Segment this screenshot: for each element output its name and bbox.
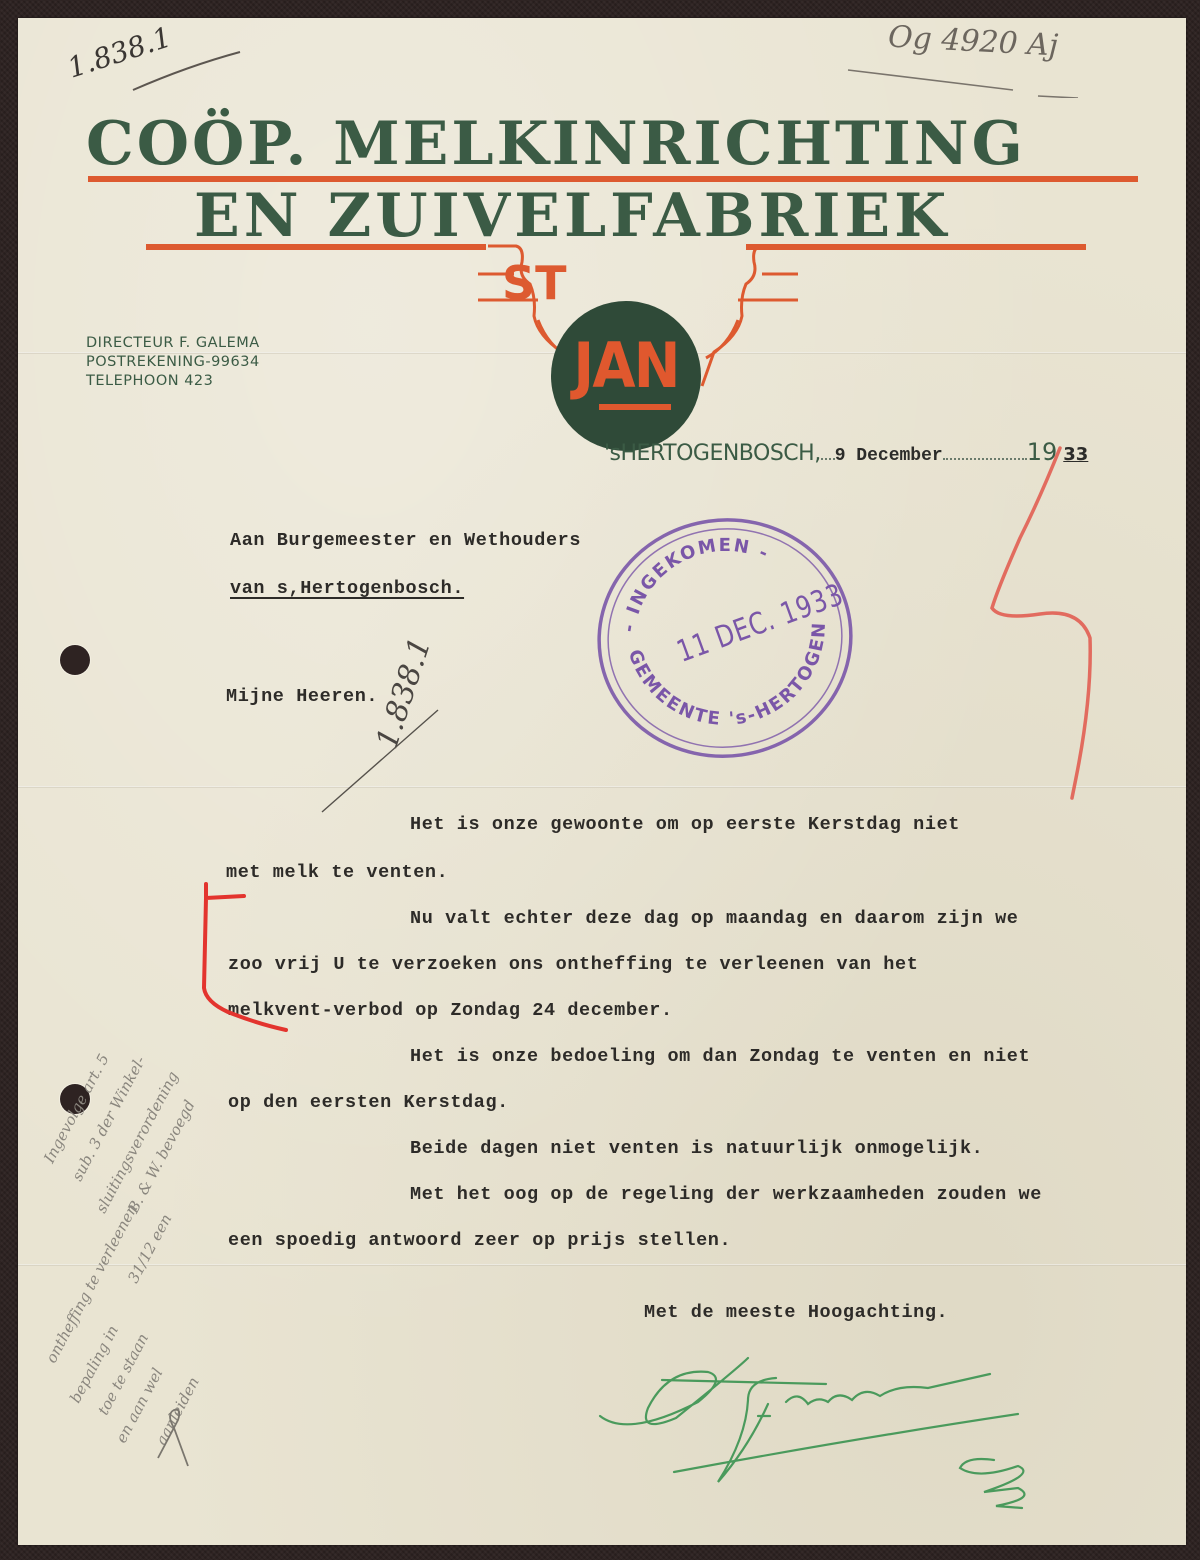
punch-hole — [60, 645, 90, 675]
paper-fold — [18, 1264, 1186, 1266]
body-line: een spoedig antwoord zeer op prijs stell… — [228, 1230, 731, 1251]
letter-date: 9 December — [835, 446, 943, 466]
reference-underline-stroke — [838, 58, 1138, 98]
archive-reference-top-right: Og 4920 Aj — [887, 20, 1059, 64]
red-bracket-mark-icon — [188, 878, 298, 1058]
body-line: Het is onze bedoeling om dan Zondag te v… — [410, 1046, 1030, 1067]
place-name: 'sHERTOGENBOSCH, — [604, 441, 821, 466]
body-line: op den eersten Kerstdag. — [228, 1092, 509, 1113]
red-crayon-mark-icon — [980, 438, 1120, 838]
signature-icon — [598, 1338, 1038, 1518]
telephone-line: TELEPHOON 423 — [86, 372, 260, 391]
emblem-circle: JAN — [551, 301, 701, 451]
pencil-initial-icon — [148, 1398, 208, 1478]
emblem-st-label: ST — [502, 256, 567, 310]
salutation: Mijne Heeren. — [226, 686, 378, 707]
letter-page: 1.838.1 Og 4920 Aj COÖP. MELKINRICHTING … — [18, 18, 1186, 1545]
company-info: DIRECTEUR F. GALEMA POSTREKENING-99634 T… — [86, 334, 260, 391]
director-line: DIRECTEUR F. GALEMA — [86, 334, 260, 353]
body-line: zoo vrij U te verzoeken ons ontheffing t… — [228, 954, 918, 975]
recipient-line-1: Aan Burgemeester en Wethouders — [230, 530, 581, 551]
emblem-underline — [599, 404, 671, 410]
company-name-line1: COÖP. MELKINRICHTING — [86, 114, 1026, 174]
received-stamp: - INGEKOMEN - GEMEENTE 's-HERTOGENBOSCH … — [577, 496, 874, 780]
postrekening-line: POSTREKENING-99634 — [86, 353, 260, 372]
body-line: Beide dagen niet venten is natuurlijk on… — [410, 1138, 983, 1159]
body-line: Het is onze gewoonte om op eerste Kerstd… — [410, 814, 960, 835]
pencil-slash-stroke — [318, 708, 458, 818]
body-line: Met het oog op de regeling der werkzaamh… — [410, 1184, 1042, 1205]
body-line: Nu valt echter deze dag op maandag en da… — [410, 908, 1019, 929]
recipient-line-2: van s,Hertogenbosch. — [230, 578, 464, 599]
reference-underline-stroke — [128, 38, 248, 98]
note-line: ontheffing te verleenen — [42, 1201, 141, 1366]
closing: Met de meeste Hoogachting. — [644, 1302, 948, 1323]
letterhead-rule — [146, 244, 486, 250]
emblem-jan-label: JAN — [559, 329, 694, 402]
